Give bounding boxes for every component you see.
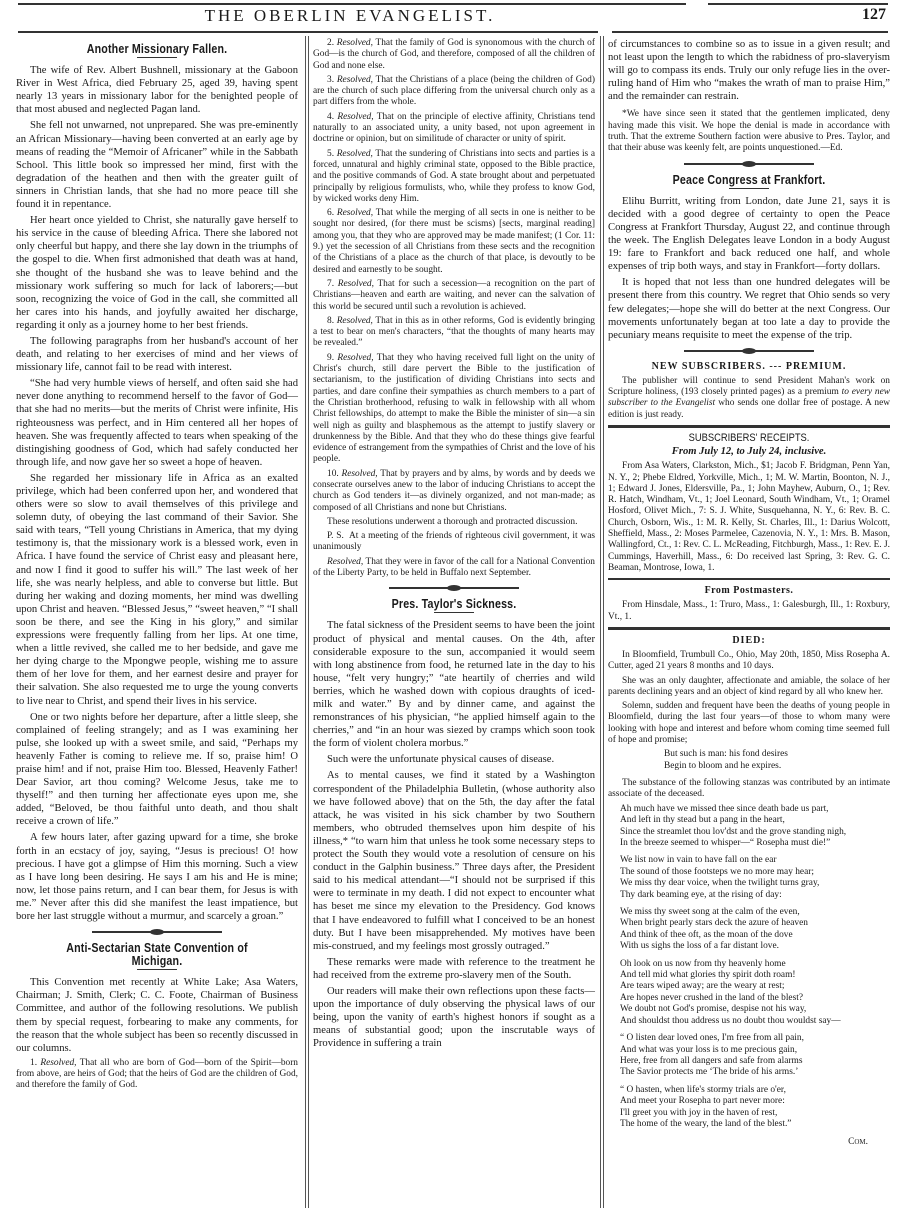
notice-receipts: SUBSCRIBERS' RECEIPTS. From July 12, to … (608, 432, 890, 623)
resolution-number: 8. (327, 316, 334, 326)
notice-died: DIED: In Bloomfield, Trumbull Co., Ohio,… (608, 634, 890, 1150)
paragraph: These remarks were made with reference t… (313, 956, 595, 982)
headline: NEW SUBSCRIBERS. --- PREMIUM. (608, 360, 890, 373)
article-taylor: Pres. Taylor's Sickness. The fatal sickn… (313, 597, 595, 1050)
ornamental-divider (92, 931, 222, 933)
column-3: of circumstances to combine so as to iss… (608, 38, 890, 1149)
verse-line: Since the streamlet thou lov'dst and the… (620, 827, 890, 838)
column-divider (308, 36, 309, 1208)
paragraph: Such were the unfortunate physical cause… (313, 753, 595, 766)
headline: Peace Congress at Frankfort. (633, 173, 864, 186)
masthead: THE OBERLIN EVANGELIST. 127 (0, 0, 900, 38)
stanza: “ O hasten, when life's stormy trials ar… (620, 1085, 890, 1131)
resolved-word: Resolved, (337, 316, 373, 326)
headline: Anti-Sectarian State Convention of Michi… (41, 941, 272, 967)
date-range: From July 12, to July 24, inclusive. (608, 445, 890, 458)
paragraph: The wife of Rev. Albert Bushnell, missio… (16, 64, 298, 116)
verse-line: Begin to bloom and he expires. (664, 761, 890, 772)
resolution: 3. Resolved, That the Christians of a pl… (313, 75, 595, 109)
verse-line: The sound of those footsteps we no more … (620, 867, 890, 878)
resolution: 4. Resolved, That on the principle of el… (313, 112, 595, 146)
paragraph: It is hoped that not less than one hundr… (608, 276, 890, 341)
verse-line: With us sighs the loss of a far distant … (620, 941, 890, 952)
masthead-rule (18, 31, 598, 33)
ornamental-divider (684, 350, 814, 352)
paragraph: “She had very humble views of herself, a… (16, 377, 298, 469)
stanza: Ah much have we missed thee since death … (620, 804, 890, 850)
verse-line: And left in thy stead but a pang in the … (620, 815, 890, 826)
paragraph: The following paragraphs from her husban… (16, 335, 298, 374)
resolution: 8. Resolved, That in this as in other re… (313, 316, 595, 350)
verse-line: Are hopes never crushed in the land of t… (620, 993, 890, 1004)
paragraph: Her heart once yielded to Christ, she na… (16, 214, 298, 332)
paragraph: Elihu Burritt, writing from London, date… (608, 195, 890, 274)
stanza: We list now in vain to have fall on the … (620, 855, 890, 901)
stanza: We miss thy sweet song at the calm of th… (620, 907, 890, 953)
column-divider (603, 36, 604, 1208)
verse-line: In the breeze seemed to whisper—“ Roseph… (620, 838, 890, 849)
paragraph: In Bloomfield, Trumbull Co., Ohio, May 2… (608, 650, 890, 673)
masthead-rule (708, 3, 888, 5)
resolved-word: Resolved, (337, 38, 373, 48)
ps-text: At a meeting of the friends of righteous… (313, 531, 595, 552)
receipts-list: From Asa Waters, Clarkston, Mich., $1; J… (608, 461, 890, 574)
resolution-number: 5. (327, 149, 334, 159)
resolution-number: 10. (327, 469, 339, 479)
verse-line: We list now in vain to have fall on the … (620, 855, 890, 866)
paragraph: As to mental causes, we find it stated b… (313, 769, 595, 952)
verse-line: We doubt not God's promise, despise not … (620, 1004, 890, 1015)
verse-line: Oh look on us now from thy heavenly home (620, 959, 890, 970)
column-2: 2. Resolved, That the family of God is s… (313, 38, 595, 1053)
paragraph: Solemn, sudden and frequent have been th… (608, 701, 890, 746)
resolved-word: Resolved, (337, 208, 373, 218)
closing-paragraph: These resolutions underwent a thorough a… (313, 517, 595, 528)
resolution: 2. Resolved, That the family of God is s… (313, 38, 595, 72)
resolution-text: That while the merging of all sects in o… (313, 208, 595, 274)
paragraph: One or two nights before her departure, … (16, 711, 298, 829)
column-divider (305, 36, 306, 1208)
divider (729, 188, 769, 189)
subheadline: From Postmasters. (608, 584, 890, 597)
paragraph: She regarded her missionary life in Afri… (16, 472, 298, 708)
paragraph: of circumstances to combine so as to iss… (608, 38, 890, 103)
resolution: 7. Resolved, That for such a secession—a… (313, 279, 595, 313)
verse-line: And what was your loss is to me precious… (620, 1045, 890, 1056)
stanza: “ O listen dear loved ones, I'm free fro… (620, 1033, 890, 1079)
signature: Com. (608, 1136, 868, 1149)
verse-line: When bright pearly stars deck the azure … (620, 918, 890, 929)
resolved-word: Resolved, (337, 149, 373, 159)
masthead-rule (612, 31, 888, 33)
paragraph: A few hours later, after gazing upward f… (16, 831, 298, 923)
resolved-word: Resolved, (337, 75, 373, 85)
divider (434, 612, 474, 613)
headline: DIED: (608, 634, 890, 647)
resolved-word: Resolved, (338, 279, 374, 289)
postscript-resolution: Resolved, That they were in favor of the… (313, 557, 595, 580)
article-convention: Anti-Sectarian State Convention of Michi… (16, 941, 298, 1092)
verse-line: Thy dark beaming eye, at the rising of d… (620, 890, 890, 901)
resolution-number: 2. (327, 38, 334, 48)
article-convention-continued: 2. Resolved, That the family of God is s… (313, 38, 595, 579)
headline: Pres. Taylor's Sickness. (338, 597, 569, 610)
resolved-word: Resolved, (327, 557, 363, 567)
verse-line: And think of thee oft, as the moan of th… (620, 930, 890, 941)
verse-line: And meet your Rosepha to part never more… (620, 1096, 890, 1107)
resolution: 6. Resolved, That while the merging of a… (313, 208, 595, 276)
divider (608, 627, 890, 630)
resolved-word: Resolved, (40, 1058, 76, 1068)
ornamental-divider (389, 587, 519, 589)
headline: Another Missionary Fallen. (41, 42, 272, 55)
page-number: 127 (862, 6, 886, 24)
divider (137, 969, 177, 970)
verse-line: Here, free from all dangers and safe fro… (620, 1056, 890, 1067)
article-missionary: Another Missionary Fallen. The wife of R… (16, 42, 298, 923)
verse-line: The Savior protects me ‘The bride of his… (620, 1067, 890, 1078)
resolution: 5. Resolved, That the sundering of Chris… (313, 149, 595, 205)
verse-line: Are tears wiped away; are the weary at r… (620, 981, 890, 992)
verse-line: And tell mid what glories thy spirit dot… (620, 970, 890, 981)
resolution-number: 7. (327, 279, 334, 289)
divider (608, 578, 890, 580)
postscript: P. S. At a meeting of the friends of rig… (313, 531, 595, 554)
verse-line: We miss thy dear voice, when the twiligh… (620, 878, 890, 889)
resolution-text: That they who having received full light… (313, 353, 595, 465)
column-1: Another Missionary Fallen. The wife of R… (16, 38, 298, 1095)
masthead-rule (18, 3, 686, 5)
verse-line: “ O hasten, when life's stormy trials ar… (620, 1085, 890, 1096)
paragraph: This Convention met recently at White La… (16, 976, 298, 1055)
ps-label: P. S. (327, 531, 344, 541)
paragraph: She was an only daughter, affectionate a… (608, 676, 890, 699)
article-peace-congress: Peace Congress at Frankfort. Elihu Burri… (608, 173, 890, 342)
resolution: 10. Resolved, That by prayers and by alm… (313, 469, 595, 514)
resolved-word: Resolved, (337, 353, 373, 363)
verse-line: “ O listen dear loved ones, I'm free fro… (620, 1033, 890, 1044)
newspaper-title: THE OBERLIN EVANGELIST. (0, 6, 700, 26)
stanza: Oh look on us now from thy heavenly home… (620, 959, 890, 1027)
resolution-number: 6. (327, 208, 334, 218)
headline: SUBSCRIBERS' RECEIPTS. (629, 432, 869, 445)
paragraph: She fell not unwarned, not unprepared. S… (16, 119, 298, 211)
postmasters-list: From Hinsdale, Mass., 1: Truro, Mass., 1… (608, 600, 890, 623)
paragraph: The publisher will continue to send Pres… (608, 376, 890, 421)
verse-line: I'll greet you with joy in the haven of … (620, 1108, 890, 1119)
resolution-number: 1. (30, 1058, 37, 1068)
divider (608, 425, 890, 428)
paragraph: The substance of the following stanzas w… (608, 778, 890, 801)
verse-line: Ah much have we missed thee since death … (620, 804, 890, 815)
resolved-word: Resolved, (337, 112, 373, 122)
resolution-number: 9. (327, 353, 334, 363)
resolution-number: 4. (327, 112, 334, 122)
paragraph: Our readers will make their own reflecti… (313, 985, 595, 1050)
resolved-word: Resolved, (341, 469, 377, 479)
column-divider (600, 36, 601, 1208)
resolution: 9. Resolved, That they who having receiv… (313, 353, 595, 466)
paragraph: The fatal sickness of the President seem… (313, 619, 595, 750)
verse-line: The home of the weary, the land of the b… (620, 1119, 890, 1130)
resolution: 1. Resolved, That all who are born of Go… (16, 1058, 298, 1092)
notice-premium: NEW SUBSCRIBERS. --- PREMIUM. The publis… (608, 360, 890, 421)
verse-line: But such is man: his fond desires (664, 749, 890, 760)
couplet: But such is man: his fond desires Begin … (664, 749, 890, 772)
resolution-number: 3. (327, 75, 334, 85)
article-taylor-continued: of circumstances to combine so as to iss… (608, 38, 890, 155)
verse-line: And shouldst thou address us no doubt th… (620, 1016, 890, 1027)
footnote: *We have since seen it stated that the g… (608, 109, 890, 154)
divider (137, 57, 177, 58)
ornamental-divider (684, 163, 814, 165)
verse-line: We miss thy sweet song at the calm of th… (620, 907, 890, 918)
